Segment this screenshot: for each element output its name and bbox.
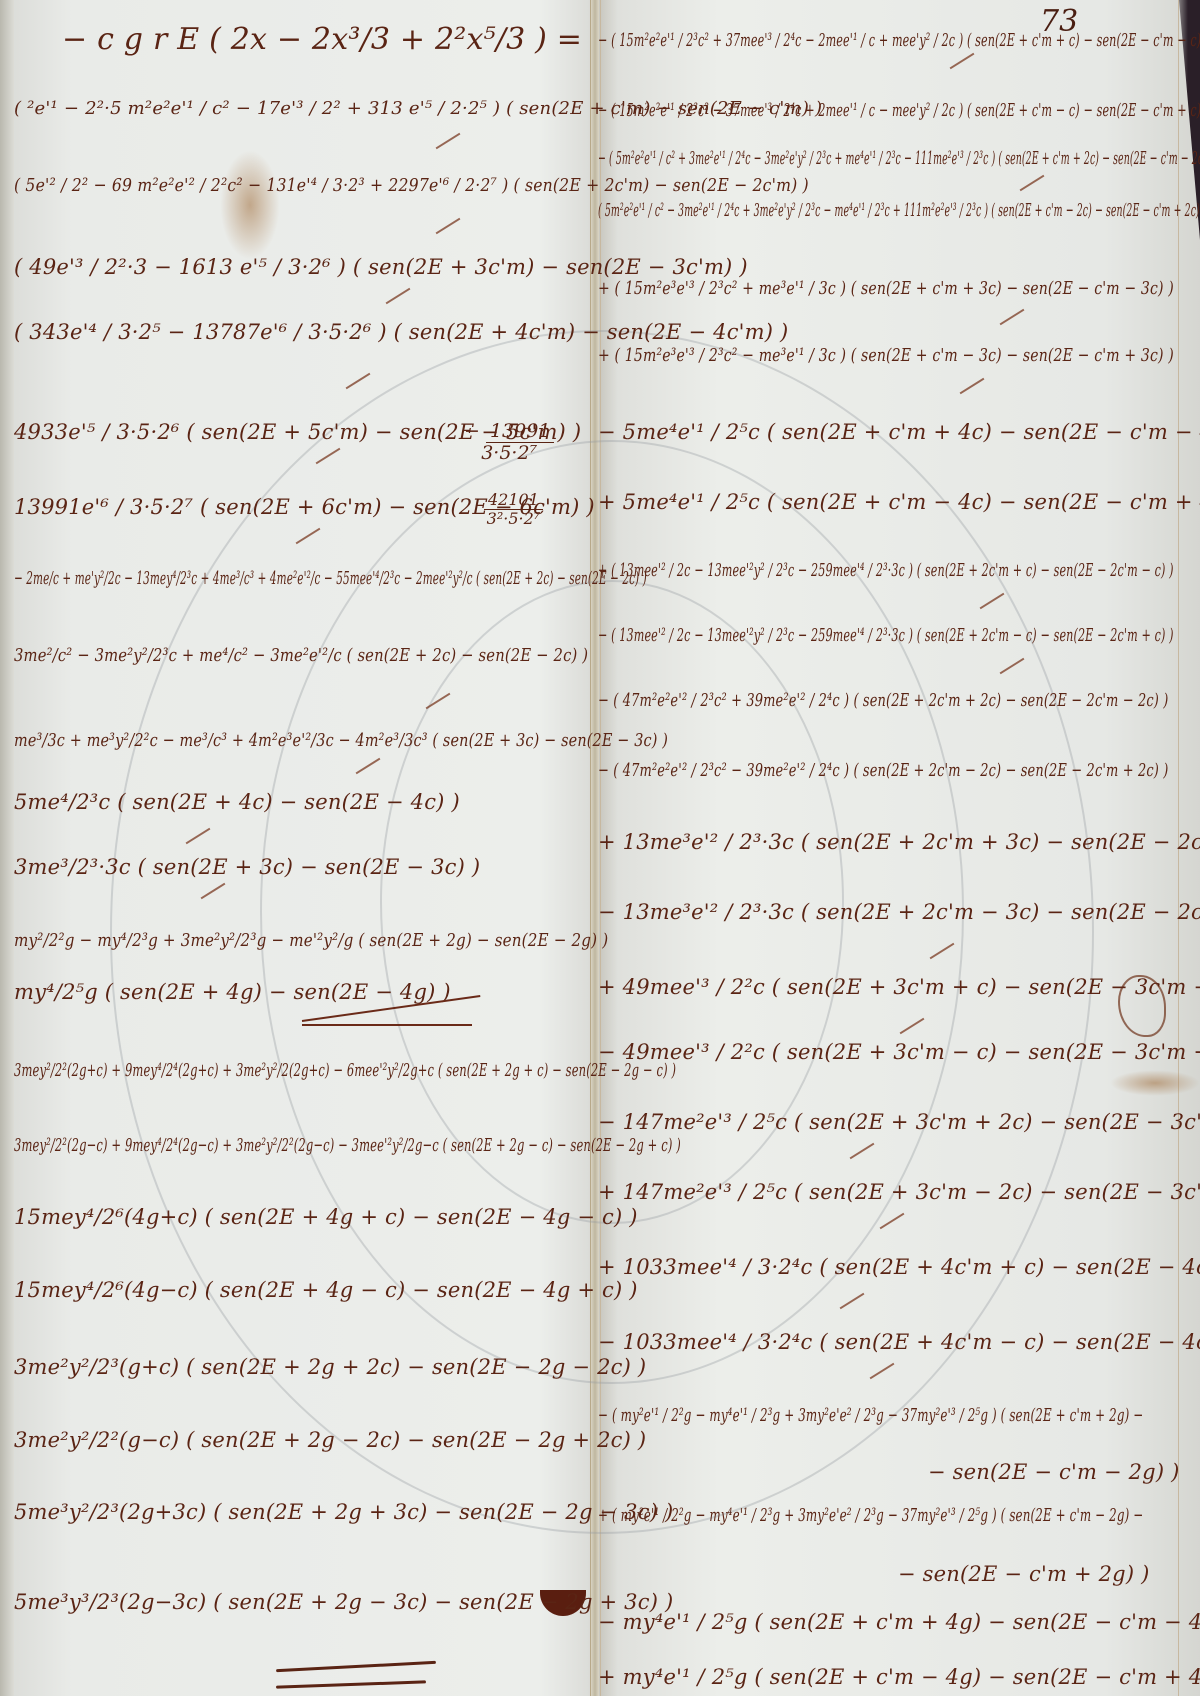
equation-line: + ( 15m²e³e'³ / 2³c² + me³e'¹ / 3c ) ( s…: [598, 278, 1174, 299]
equation-line: 3mey²/2²(2g+c) + 9mey⁴/2⁴(2g+c) + 3me²y²…: [14, 1060, 676, 1081]
equation-line: + 13me³e'² / 2³·3c ( sen(2E + 2c'm + 3c)…: [598, 830, 1200, 854]
equation-line: ( 5m²e²e'¹ / c² − 3me²e'¹ / 2⁴c + 3me²e'…: [598, 200, 1200, 221]
side-calc-numerator: 13991: [486, 420, 554, 443]
equation-line: − 147me²e'³ / 2⁵c ( sen(2E + 3c'm + 2c) …: [598, 1110, 1200, 1134]
check-mark: [960, 378, 985, 395]
equation-line: + ( 15m²e³e'³ / 2³c² − me³e'¹ / 3c ) ( s…: [598, 345, 1174, 366]
left-page-edge: [0, 0, 14, 1696]
equation-line: 3me³/2³·3c ( sen(2E + 3c) − sen(2E − 3c)…: [14, 855, 480, 879]
flourish-stroke: [302, 1024, 472, 1026]
equation-line: my⁴/2⁵g ( sen(2E + 4g) − sen(2E − 4g) ): [14, 980, 451, 1004]
check-mark: [1000, 309, 1025, 326]
equation-line: + 49mee'³ / 2²c ( sen(2E + 3c'm + c) − s…: [598, 975, 1200, 999]
equation-line: − ( 15m²e²e'¹ / 2³c² − 37mee'³ / 2⁴c + 2…: [598, 100, 1200, 121]
check-mark: [426, 693, 451, 710]
equation-line: 3me²y²/2²(g−c) ( sen(2E + 2g − 2c) − sen…: [14, 1428, 646, 1452]
check-mark: [316, 448, 341, 465]
equation-line: 5me³y³/2³(2g−3c) ( sen(2E + 2g − 3c) − s…: [14, 1590, 673, 1614]
left-page: − c g r E ( 2x − 2x³/3 + 2²x⁵/3 ) = ( ²e…: [14, 0, 590, 1696]
equation-line: − ( 13mee'² / 2c − 13mee'²y² / 2³c − 259…: [598, 625, 1174, 646]
equation-line: 5me⁴/2³c ( sen(2E + 4c) − sen(2E − 4c) ): [14, 790, 460, 814]
check-mark: [186, 828, 211, 845]
check-mark: [900, 1018, 925, 1035]
right-page: − ( 15m²e²e'¹ / 2³c² + 37mee'³ / 2⁴c − 2…: [598, 0, 1200, 1696]
check-mark: [356, 758, 381, 775]
equation-line: − 49mee'³ / 2²c ( sen(2E + 3c'm − c) − s…: [598, 1040, 1200, 1064]
check-mark: [436, 218, 461, 235]
check-mark: [930, 943, 955, 960]
check-mark: [436, 133, 461, 150]
equation-line-continuation: − sen(2E − c'm − 2g) ): [928, 1460, 1180, 1484]
equation-line: − 1033mee'⁴ / 3·2⁴c ( sen(2E + 4c'm − c)…: [598, 1330, 1200, 1354]
check-mark: [346, 373, 371, 390]
equation-line: − 2me/c + me'y²/2c − 13mey⁴/2³c + 4me³/c…: [14, 568, 647, 589]
side-calc-denominator: 3²·5·2⁷: [487, 509, 541, 528]
equation-line: 3mey²/2²(2g−c) + 9mey⁴/2⁴(2g−c) + 3me²y²…: [14, 1135, 681, 1156]
equation-line: 15mey⁴/2⁶(4g−c) ( sen(2E + 4g − c) − sen…: [14, 1278, 638, 1302]
check-mark: [1020, 175, 1045, 192]
equation-line: − 13me³e'² / 2³·3c ( sen(2E + 2c'm − 3c)…: [598, 900, 1200, 924]
equation-line: − ( 15m²e²e'¹ / 2³c² + 37mee'³ / 2⁴c − 2…: [598, 30, 1200, 51]
check-mark: [850, 1143, 875, 1160]
equation-line: + ( 13mee'² / 2c − 13mee'²y² / 2³c − 259…: [598, 560, 1174, 581]
equation-line: + ( my²e'¹ / 2²g − my⁴e'¹ / 2³g + 3my²e'…: [598, 1505, 1143, 1526]
check-mark: [880, 1213, 905, 1230]
check-mark: [296, 528, 321, 545]
equation-line: + 147me²e'³ / 2⁵c ( sen(2E + 3c'm − 2c) …: [598, 1180, 1200, 1204]
equation-line: my²/2²g − my⁴/2³g + 3me²y²/2³g − me'²y²/…: [14, 930, 608, 951]
equation-line: + my⁴e'¹ / 2⁵g ( sen(2E + c'm − 4g) − se…: [598, 1665, 1200, 1689]
equation-line: 5me³y²/2³(2g+3c) ( sen(2E + 2g + 3c) − s…: [14, 1500, 673, 1524]
equation-line: − 5me⁴e'¹ / 2⁵c ( sen(2E + c'm + 4c) − s…: [598, 420, 1200, 444]
end-double-rule: [276, 1661, 436, 1672]
equation-line-continuation: − sen(2E − c'm + 2g) ): [898, 1562, 1150, 1586]
side-calc-sign: −: [464, 420, 480, 442]
equation-line: 3me²y²/2³(g+c) ( sen(2E + 2g + 2c) − sen…: [14, 1355, 646, 1379]
check-mark: [386, 288, 411, 305]
equation-line: 3me²/c² − 3me²y²/2³c + me⁴/c² − 3me²e'²/…: [14, 645, 588, 666]
equation-line: 15mey⁴/2⁶(4g+c) ( sen(2E + 4g + c) − sen…: [14, 1205, 638, 1229]
check-mark: [870, 1363, 895, 1380]
equation-line: − ( 47m²e²e'² / 2³c² − 39me²e'² / 2⁴c ) …: [598, 760, 1168, 781]
side-calc-denominator: 3·5·2⁷: [481, 442, 537, 464]
equation-line: − ( 47m²e²e'² / 2³c² + 39me²e'² / 2⁴c ) …: [598, 690, 1168, 711]
check-mark: [1000, 658, 1025, 675]
side-calculation: 42101 3²·5·2⁷: [484, 490, 543, 528]
check-mark: [201, 883, 226, 900]
equation-line: + 1033mee'⁴ / 3·2⁴c ( sen(2E + 4c'm + c)…: [598, 1255, 1200, 1279]
check-mark: [950, 53, 975, 70]
equation-line: + 5me⁴e'¹ / 2⁵c ( sen(2E + c'm − 4c) − s…: [598, 490, 1200, 514]
equation-line: − ( 5m²e²e'¹ / c² + 3me²e'¹ / 2⁴c − 3me²…: [598, 148, 1200, 169]
equation-line: − ( my²e'¹ / 2²g − my⁴e'¹ / 2³g + 3my²e'…: [598, 1405, 1143, 1426]
manuscript-spread: 73 − c g r E ( 2x − 2x³/3 + 2²x⁵/3 ) = (…: [0, 0, 1200, 1696]
check-mark: [840, 1293, 865, 1310]
equation-line: − my⁴e'¹ / 2⁵g ( sen(2E + c'm + 4g) − se…: [598, 1610, 1200, 1634]
equation-line: me³/3c + me³y²/2²c − me³/c³ + 4m²e³e'²/3…: [14, 730, 668, 751]
check-mark: [980, 593, 1005, 610]
end-double-rule: [276, 1680, 426, 1688]
side-calculation: − 13991 3·5·2⁷: [464, 420, 554, 464]
heading-equation: − c g r E ( 2x − 2x³/3 + 2²x⁵/3 ) =: [62, 22, 582, 57]
side-calc-numerator: 42101: [484, 490, 543, 510]
